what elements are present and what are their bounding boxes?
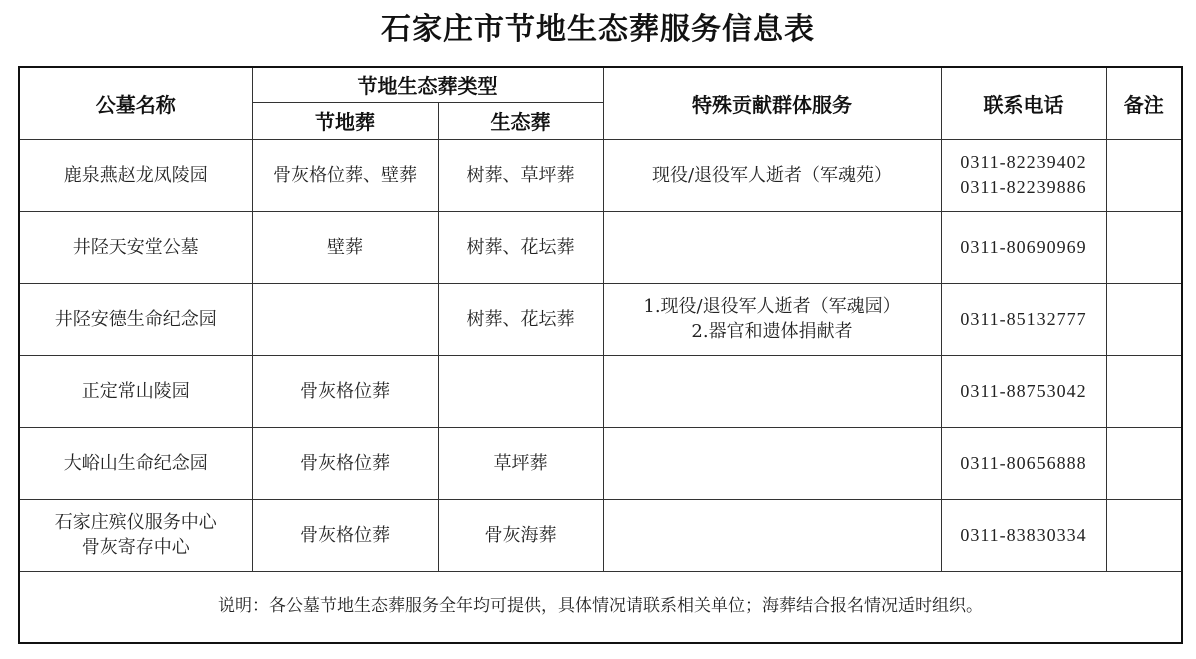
header-ecological: 生态葬	[438, 102, 603, 139]
ecological-cell-line: 树葬、草坪葬	[439, 163, 603, 188]
header-burial-types: 节地生态葬类型	[252, 67, 603, 102]
table-row: 井陉安德生命纪念园树葬、花坛葬1.现役/退役军人逝者（军魂园）2.器官和遗体捐献…	[19, 283, 1182, 355]
ecological-cell: 草坪葬	[438, 427, 603, 499]
header-land-saving: 节地葬	[252, 102, 438, 139]
special-service-cell: 1.现役/退役军人逝者（军魂园）2.器官和遗体捐献者	[603, 283, 941, 355]
remarks-cell	[1106, 211, 1182, 283]
remarks-cell	[1106, 139, 1182, 211]
ecological-cell: 骨灰海葬	[438, 499, 603, 571]
cemetery-name-cell: 石家庄殡仪服务中心骨灰寄存中心	[19, 499, 252, 571]
table-note: 说明：各公墓节地生态葬服务全年均可提供，具体情况请联系相关单位；海葬结合报名情况…	[19, 571, 1182, 643]
phone-cell-line: 0311-82239402	[942, 150, 1106, 175]
cemetery-info-table: 公墓名称 节地生态葬类型 特殊贡献群体服务 联系电话 备注 节地葬 生态葬 鹿泉…	[18, 66, 1183, 644]
land-saving-cell: 骨灰格位葬	[252, 355, 438, 427]
table-row: 井陉天安堂公墓壁葬树葬、花坛葬0311-80690969	[19, 211, 1182, 283]
land-saving-cell-line: 骨灰格位葬	[253, 523, 438, 548]
remarks-cell	[1106, 499, 1182, 571]
cemetery-name-cell: 大峪山生命纪念园	[19, 427, 252, 499]
phone-cell: 0311-88753042	[941, 355, 1106, 427]
phone-cell-line: 0311-85132777	[942, 307, 1106, 332]
special-service-cell	[603, 211, 941, 283]
phone-cell-line: 0311-82239886	[942, 175, 1106, 200]
phone-cell-line: 0311-88753042	[942, 379, 1106, 404]
phone-cell: 0311-85132777	[941, 283, 1106, 355]
ecological-cell: 树葬、草坪葬	[438, 139, 603, 211]
header-special-service: 特殊贡献群体服务	[603, 67, 941, 139]
cemetery-name-cell-line: 井陉天安堂公墓	[20, 235, 252, 260]
phone-cell: 0311-822394020311-82239886	[941, 139, 1106, 211]
special-service-cell	[603, 427, 941, 499]
cemetery-name-cell-line: 骨灰寄存中心	[20, 535, 252, 560]
cemetery-name-cell-line: 石家庄殡仪服务中心	[20, 510, 252, 535]
header-remarks: 备注	[1106, 67, 1182, 139]
ecological-cell: 树葬、花坛葬	[438, 283, 603, 355]
remarks-cell	[1106, 355, 1182, 427]
phone-cell-line: 0311-80656888	[942, 451, 1106, 476]
cemetery-name-cell-line: 鹿泉燕赵龙凤陵园	[20, 163, 252, 188]
special-service-cell-line: 现役/退役军人逝者（军魂苑）	[604, 163, 941, 188]
land-saving-cell: 壁葬	[252, 211, 438, 283]
land-saving-cell-line: 骨灰格位葬、壁葬	[253, 163, 438, 188]
special-service-cell	[603, 355, 941, 427]
ecological-cell: 树葬、花坛葬	[438, 211, 603, 283]
ecological-cell-line: 骨灰海葬	[439, 523, 603, 548]
ecological-cell	[438, 355, 603, 427]
special-service-cell-line: 2.器官和遗体捐献者	[604, 319, 941, 344]
cemetery-name-cell: 井陉安德生命纪念园	[19, 283, 252, 355]
cemetery-name-cell: 正定常山陵园	[19, 355, 252, 427]
cemetery-name-cell: 鹿泉燕赵龙凤陵园	[19, 139, 252, 211]
cemetery-name-cell-line: 正定常山陵园	[20, 379, 252, 404]
ecological-cell-line: 草坪葬	[439, 451, 603, 476]
remarks-cell	[1106, 283, 1182, 355]
remarks-cell	[1106, 427, 1182, 499]
header-phone: 联系电话	[941, 67, 1106, 139]
table-row: 正定常山陵园骨灰格位葬0311-88753042	[19, 355, 1182, 427]
table-row: 石家庄殡仪服务中心骨灰寄存中心骨灰格位葬骨灰海葬0311-83830334	[19, 499, 1182, 571]
cemetery-name-cell: 井陉天安堂公墓	[19, 211, 252, 283]
land-saving-cell: 骨灰格位葬、壁葬	[252, 139, 438, 211]
table-row: 鹿泉燕赵龙凤陵园骨灰格位葬、壁葬树葬、草坪葬现役/退役军人逝者（军魂苑）0311…	[19, 139, 1182, 211]
ecological-cell-line: 树葬、花坛葬	[439, 307, 603, 332]
land-saving-cell-line: 骨灰格位葬	[253, 451, 438, 476]
table-row: 大峪山生命纪念园骨灰格位葬草坪葬0311-80656888	[19, 427, 1182, 499]
special-service-cell	[603, 499, 941, 571]
special-service-cell: 现役/退役军人逝者（军魂苑）	[603, 139, 941, 211]
cemetery-name-cell-line: 井陉安德生命纪念园	[20, 307, 252, 332]
special-service-cell-line: 1.现役/退役军人逝者（军魂园）	[604, 294, 941, 319]
land-saving-cell: 骨灰格位葬	[252, 499, 438, 571]
phone-cell-line: 0311-80690969	[942, 235, 1106, 260]
phone-cell: 0311-83830334	[941, 499, 1106, 571]
phone-cell-line: 0311-83830334	[942, 523, 1106, 548]
header-cemetery-name: 公墓名称	[19, 67, 252, 139]
land-saving-cell-line: 骨灰格位葬	[253, 379, 438, 404]
phone-cell: 0311-80656888	[941, 427, 1106, 499]
phone-cell: 0311-80690969	[941, 211, 1106, 283]
land-saving-cell: 骨灰格位葬	[252, 427, 438, 499]
ecological-cell-line: 树葬、花坛葬	[439, 235, 603, 260]
page-title: 石家庄市节地生态葬服务信息表	[0, 4, 1196, 48]
land-saving-cell	[252, 283, 438, 355]
land-saving-cell-line: 壁葬	[253, 235, 438, 260]
cemetery-name-cell-line: 大峪山生命纪念园	[20, 451, 252, 476]
